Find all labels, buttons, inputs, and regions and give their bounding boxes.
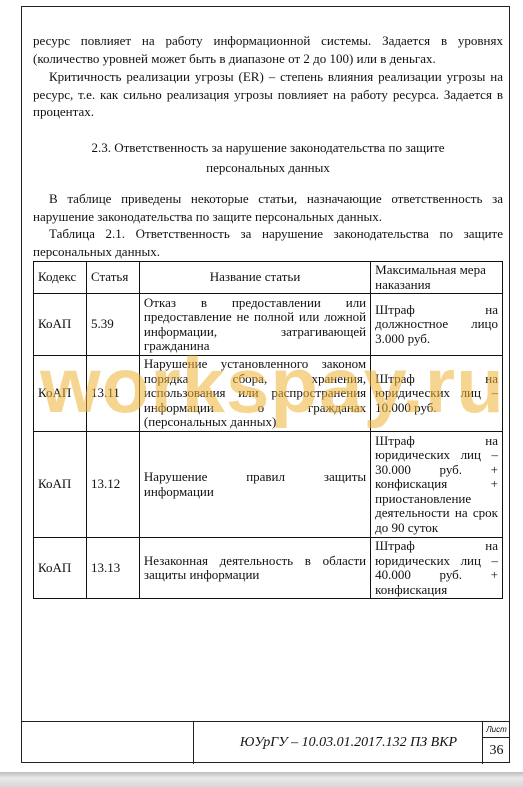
section-heading: 2.3. Ответственность за нарушение законо… xyxy=(33,138,503,178)
paragraph-threat-criticality: Критичность реализации угрозы (ER) – сте… xyxy=(33,68,503,121)
header-article-name: Название статьи xyxy=(139,262,370,294)
cell-penalty: Штраф на юридических лиц – 10.000 руб. xyxy=(371,356,503,432)
cell-article-name: Отказ в предоставлении или предоставлени… xyxy=(139,294,370,356)
cell-code: КоАП xyxy=(34,538,87,599)
cell-code: КоАП xyxy=(34,432,87,538)
header-article: Статья xyxy=(86,262,139,294)
stamp-empty-cell xyxy=(21,722,194,764)
cell-article: 13.12 xyxy=(86,432,139,538)
viewer-bottom-edge xyxy=(0,772,523,787)
table-row: КоАП 13.13 Незаконная деятельность в обл… xyxy=(34,538,503,599)
cell-article-name: Нарушение правил защиты информации xyxy=(139,432,370,538)
cell-article-name: Нарушение установленного законом порядка… xyxy=(139,356,370,432)
table-row: КоАП 13.12 Нарушение правил защиты инфор… xyxy=(34,432,503,538)
paragraph-table-intro: В таблице приведены некоторые статьи, на… xyxy=(33,190,503,225)
cell-code: КоАП xyxy=(34,356,87,432)
cell-penalty: Штраф на должностное лицо 3.000 руб. xyxy=(371,294,503,356)
header-code: Кодекс xyxy=(34,262,87,294)
title-block-stamp: ЮУрГУ – 10.03.01.2017.132 ПЗ ВКР Лист 36 xyxy=(21,721,510,764)
sheet-cell: Лист 36 xyxy=(482,722,510,764)
liability-table: Кодекс Статья Название статьи Максимальн… xyxy=(33,261,503,599)
paragraph-resource-impact: ресурс повлияет на работу информационной… xyxy=(33,32,503,67)
document-code: ЮУрГУ – 10.03.01.2017.132 ПЗ ВКР xyxy=(193,722,504,764)
header-max-penalty: Максимальная мера наказания xyxy=(371,262,503,294)
cell-article: 13.13 xyxy=(86,538,139,599)
cell-penalty: Штраф на юридических лиц – 40.000 руб. +… xyxy=(371,538,503,599)
table-row: КоАП 5.39 Отказ в предоставлении или пре… xyxy=(34,294,503,356)
cell-penalty: Штраф на юридических лиц – 30.000 руб. +… xyxy=(371,432,503,538)
table-caption: Таблица 2.1. Ответственность за нарушени… xyxy=(33,225,503,260)
table-header-row: Кодекс Статья Название статьи Максимальн… xyxy=(34,262,503,294)
page-number: 36 xyxy=(483,738,510,764)
table-row: КоАП 13.11 Нарушение установленного зако… xyxy=(34,356,503,432)
sheet-label: Лист xyxy=(483,722,510,738)
cell-article: 5.39 xyxy=(86,294,139,356)
cell-code: КоАП xyxy=(34,294,87,356)
cell-article-name: Незаконная деятельность в области защиты… xyxy=(139,538,370,599)
cell-article: 13.11 xyxy=(86,356,139,432)
